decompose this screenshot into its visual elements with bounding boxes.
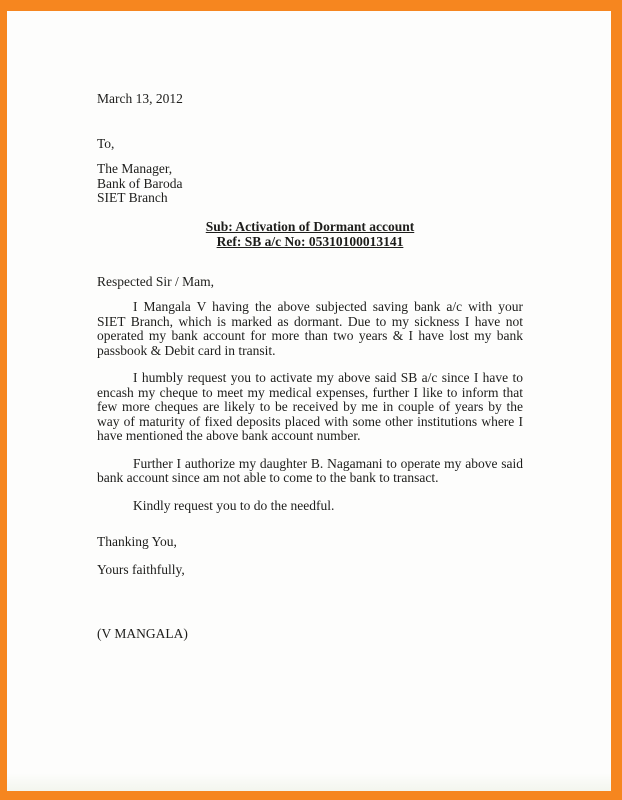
subject-line: Sub: Activation of Dormant account	[97, 219, 523, 235]
recipient-bank-name: Bank of Baroda	[97, 177, 523, 192]
letter-page: March 13, 2012 To, The Manager, Bank of …	[7, 11, 611, 791]
letter-closing: Yours faithfully,	[97, 563, 523, 578]
recipient-branch-name: SIET Branch	[97, 191, 523, 206]
reference-line: Ref: SB a/c No: 05310100013141	[97, 234, 523, 250]
orange-frame: March 13, 2012 To, The Manager, Bank of …	[0, 0, 622, 800]
letter-thanking: Thanking You,	[97, 535, 523, 550]
recipient-address: The Manager, Bank of Baroda SIET Branch	[97, 162, 523, 206]
letter-signature: (V MANGALA)	[97, 627, 523, 642]
letter-greeting: Respected Sir / Mam,	[97, 275, 523, 290]
letter-paragraph-1: I Mangala V having the above subjected s…	[97, 300, 523, 358]
recipient-title: The Manager,	[97, 162, 523, 177]
letter-paragraph-3: Further I authorize my daughter B. Nagam…	[97, 457, 523, 486]
letter-to-label: To,	[97, 137, 523, 152]
letter-paragraph-2: I humbly request you to activate my abov…	[97, 371, 523, 444]
letter-paragraph-4: Kindly request you to do the needful.	[97, 499, 523, 514]
page-bottom-shade	[7, 773, 611, 791]
letter-date: March 13, 2012	[97, 92, 523, 107]
subject-block: Sub: Activation of Dormant account Ref: …	[97, 219, 523, 250]
